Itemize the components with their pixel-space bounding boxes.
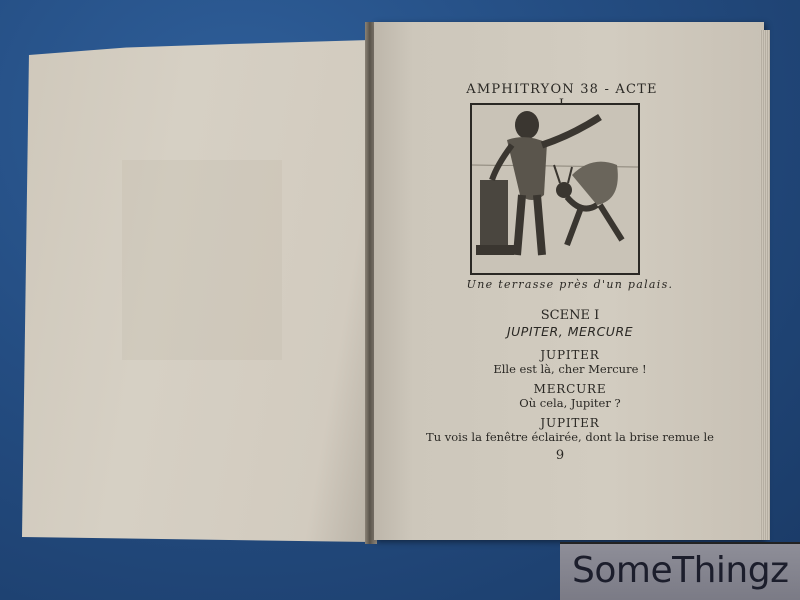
dialogue-block: JUPITER Elle est là, cher Mercure ! MERC… [400,348,740,444]
show-through-ghost [122,160,282,360]
watermark-banner: SomeThingz [560,542,800,600]
dialogue-line: Tu vois la fenêtre éclairée, dont la bri… [400,430,740,444]
scene-title: SCENE I [460,308,680,324]
left-page-blank [22,40,370,542]
woodcut-illustration [470,103,640,275]
speaker-name: JUPITER [400,416,740,430]
speaker-name: JUPITER [400,348,740,362]
illustration-caption: Une terrasse près d'un palais. [455,278,685,291]
page-edges [760,30,770,540]
page-number: 9 [540,448,580,463]
dialogue-line: Elle est là, cher Mercure ! [400,362,740,376]
scene-heading: SCENE I JUPITER, MERCURE [460,308,680,340]
open-book: AMPHITRYON 38 - ACTE I Une terrasse près… [0,0,800,600]
scene-characters: JUPITER, MERCURE [460,324,680,340]
jupiter-mercury-illustration-icon [472,105,638,273]
dialogue-line: Où cela, Jupiter ? [400,396,740,410]
watermark-text: SomeThingz [572,550,788,591]
speaker-name: MERCURE [400,382,740,396]
